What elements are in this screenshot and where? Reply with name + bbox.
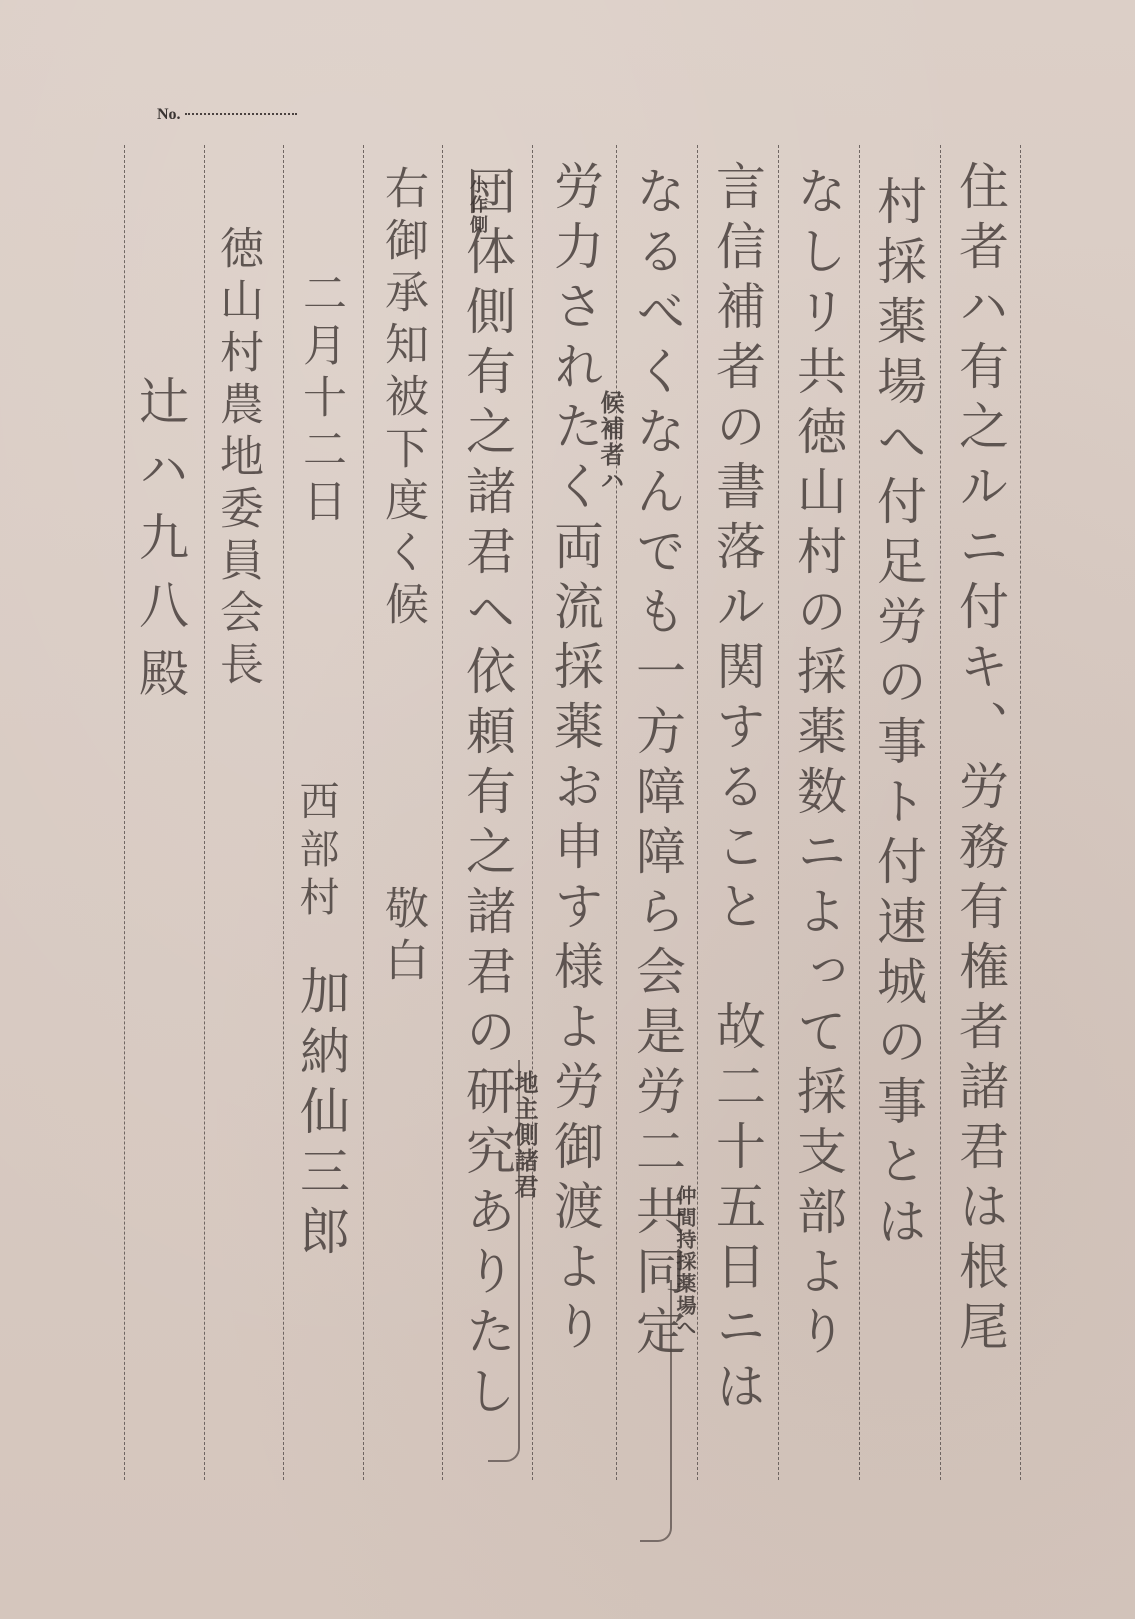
- ruled-line: [442, 145, 443, 1480]
- ruled-line: [1020, 145, 1021, 1480]
- letter-line-6: 労力されたく両流採薬お申す様よ労御渡より: [550, 160, 600, 1360]
- letter-line-4: 言信補者の書落ル関すること 故二十五日ニは: [712, 160, 762, 1420]
- ruled-line: [940, 145, 941, 1480]
- letter-line-2: 村採薬場へ付足労の事ト付速城の事とは: [873, 175, 923, 1255]
- ruled-line: [124, 145, 125, 1480]
- ruled-line: [778, 145, 779, 1480]
- sender-village: 西部村: [296, 780, 336, 924]
- form-number-label: No.: [157, 106, 181, 124]
- insertion-bracket: [488, 1060, 520, 1462]
- letter-line-8: 右御承知被下度く候: [380, 165, 424, 633]
- letter-line-3: なしリ共徳山村の採薬数ニよって採支部より: [793, 165, 843, 1365]
- ruled-line: [363, 145, 364, 1480]
- interlinear-note: 仲間持採薬場へ: [675, 1185, 695, 1339]
- addressee-name: 辻ハ九八殿: [135, 375, 185, 715]
- form-number-field: No.: [157, 106, 297, 124]
- ruled-line: [532, 145, 533, 1480]
- handwritten-letter-sheet: No. 住者ハ有之ルニ付キ、労務有権者諸君は根尾 村採薬場へ付足労の事ト付速城の…: [0, 0, 1135, 1619]
- ruled-line: [283, 145, 284, 1480]
- sender-name: 加納仙三郎: [296, 965, 346, 1265]
- interlinear-note: 候補者ハ: [598, 390, 622, 494]
- insertion-bracket: [640, 1280, 672, 1542]
- form-number-blank-line: [185, 112, 297, 115]
- ruled-line: [697, 145, 698, 1480]
- ruled-line: [859, 145, 860, 1480]
- ruled-line: [616, 145, 617, 1480]
- letter-line-1: 住者ハ有之ルニ付キ、労務有権者諸君は根尾: [955, 160, 1005, 1360]
- ruled-line: [204, 145, 205, 1480]
- addressee-title: 徳山村農地委員会長: [215, 225, 259, 693]
- letter-date: 二月十二日: [298, 270, 342, 530]
- closing-salutation: 敬白: [380, 885, 424, 989]
- interlinear-note: 小作側: [468, 175, 486, 235]
